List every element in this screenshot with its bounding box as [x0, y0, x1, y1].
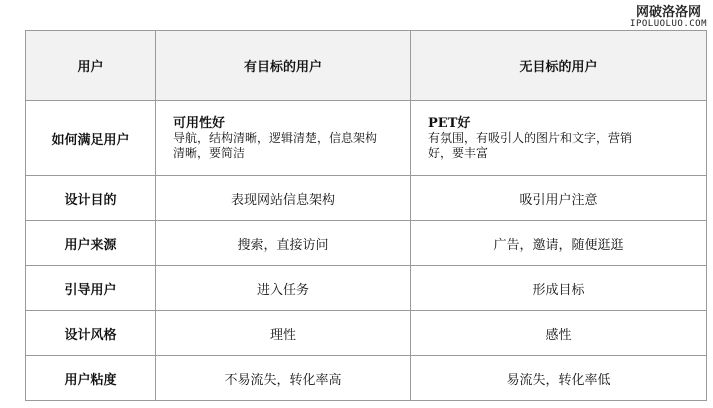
nogoal-cell: 感性: [411, 311, 707, 356]
watermark-title: 网破洛洛网: [630, 6, 707, 19]
header-row: 用户 有目标的用户 无目标的用户: [26, 31, 707, 101]
nogoal-cell: 广告，邀请，随便逛逛: [411, 221, 707, 266]
goal-cell: 理性: [156, 311, 411, 356]
goal-cell: 表现网站信息架构: [156, 176, 411, 221]
header-nogoal-users: 无目标的用户: [411, 31, 707, 101]
nogoal-how-body: 有氛围，有吸引人的图片和文字，营销好，要丰富: [428, 131, 638, 161]
goal-cell: 进入任务: [156, 266, 411, 311]
header-user: 用户: [26, 31, 156, 101]
table-row: 引导用户 进入任务 形成目标: [26, 266, 707, 311]
goal-how-cell: 可用性好 导航，结构清晰，逻辑清楚，信息架构清晰，要简洁: [156, 101, 411, 176]
table-row: 设计风格 理性 感性: [26, 311, 707, 356]
row-label: 引导用户: [26, 266, 156, 311]
goal-cell: 搜索，直接访问: [156, 221, 411, 266]
table-row: 如何满足用户 可用性好 导航，结构清晰，逻辑清楚，信息架构清晰，要简洁 PET好…: [26, 101, 707, 176]
nogoal-cell: 形成目标: [411, 266, 707, 311]
nogoal-cell: 易流失，转化率低: [411, 356, 707, 401]
site-watermark: 网破洛洛网 IPOLUOLUO.COM: [630, 6, 707, 29]
row-label: 设计目的: [26, 176, 156, 221]
row-label: 如何满足用户: [26, 101, 156, 176]
table-row: 用户来源 搜索，直接访问 广告，邀请，随便逛逛: [26, 221, 707, 266]
watermark-url: IPOLUOLUO.COM: [630, 20, 707, 29]
nogoal-how-cell: PET好 有氛围，有吸引人的图片和文字，营销好，要丰富: [411, 101, 707, 176]
goal-how-body: 导航，结构清晰，逻辑清楚，信息架构清晰，要简洁: [173, 131, 383, 161]
goal-how-title: 可用性好: [173, 116, 410, 131]
row-label: 用户粘度: [26, 356, 156, 401]
row-label: 用户来源: [26, 221, 156, 266]
user-comparison-table: 用户 有目标的用户 无目标的用户 如何满足用户 可用性好 导航，结构清晰，逻辑清…: [25, 30, 707, 401]
nogoal-how-title: PET好: [428, 116, 706, 131]
row-label: 设计风格: [26, 311, 156, 356]
table-row: 用户粘度 不易流失，转化率高 易流失，转化率低: [26, 356, 707, 401]
goal-cell: 不易流失，转化率高: [156, 356, 411, 401]
nogoal-cell: 吸引用户注意: [411, 176, 707, 221]
table-row: 设计目的 表现网站信息架构 吸引用户注意: [26, 176, 707, 221]
header-goal-users: 有目标的用户: [156, 31, 411, 101]
